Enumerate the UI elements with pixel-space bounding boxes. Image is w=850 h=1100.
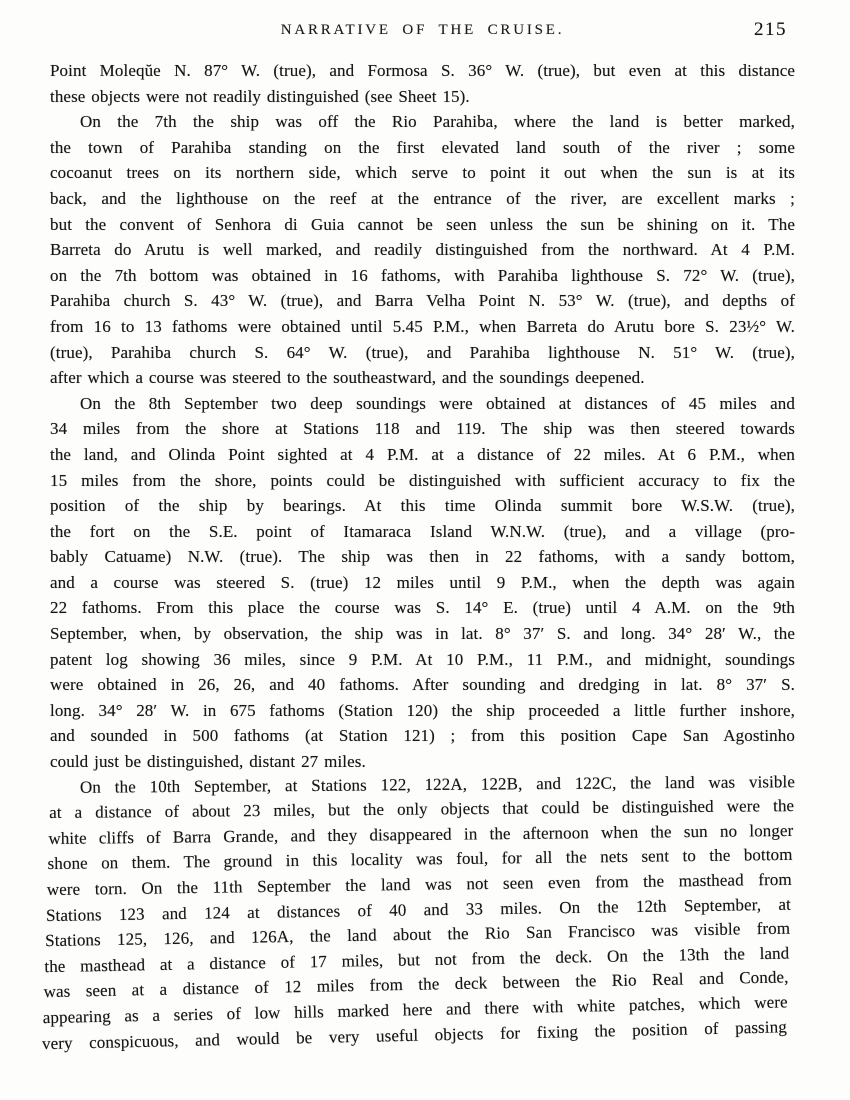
text-line: after which a course was steered to the … (50, 365, 795, 391)
paragraph: On the 10th September, at Stations 122, … (50, 775, 795, 1057)
text-line: cocoanut trees on its northern side, whi… (50, 160, 795, 186)
text-line: back, and the lighthouse on the reef at … (50, 186, 795, 212)
text-line: 22 fathoms. From this place the course w… (50, 595, 795, 621)
page-body: Point Moleqŭe N. 87° W. (true), and Form… (50, 58, 795, 1056)
page-title: NARRATIVE OF THE CRUISE. (50, 22, 795, 39)
text-line: Barreta do Arutu is well marked, and rea… (50, 237, 795, 263)
text-line: bably Catuame) N.W. (true). The ship was… (50, 544, 795, 570)
text-line: these objects were not readily distingui… (50, 84, 795, 110)
paragraph: On the 7th the ship was off the Rio Para… (50, 109, 795, 391)
text-line: but the convent of Senhora di Guia canno… (50, 212, 795, 238)
text-line: On the 7th the ship was off the Rio Para… (50, 109, 795, 135)
text-line: 15 miles from the shore, points could be… (50, 468, 795, 494)
text-line: from 16 to 13 fathoms were obtained unti… (50, 314, 795, 340)
text-line: were obtained in 26, 26, and 40 fathoms.… (50, 672, 795, 698)
text-line: the land, and Olinda Point sighted at 4 … (50, 442, 795, 468)
text-line: and sounded in 500 fathoms (at Station 1… (50, 723, 795, 749)
paragraph: On the 8th September two deep soundings … (50, 391, 795, 775)
text-line: Parahiba church S. 43° W. (true), and Ba… (50, 288, 795, 314)
text-line: position of the ship by bearings. At thi… (50, 493, 795, 519)
paragraph: Point Moleqŭe N. 87° W. (true), and Form… (50, 58, 795, 109)
text-line: long. 34° 28′ W. in 675 fathoms (Station… (50, 698, 795, 724)
text-line: the fort on the S.E. point of Itamaraca … (50, 519, 795, 545)
text-line: patent log showing 36 miles, since 9 P.M… (50, 647, 795, 673)
running-head: NARRATIVE OF THE CRUISE. 215 (50, 22, 795, 46)
text-line: September, when, by observation, the shi… (50, 621, 795, 647)
text-line: on the 7th bottom was obtained in 16 fat… (50, 263, 795, 289)
page-number: 215 (754, 19, 787, 41)
scanned-book-page: NARRATIVE OF THE CRUISE. 215 Point Moleq… (0, 0, 850, 1100)
text-line: (true), Parahiba church S. 64° W. (true)… (50, 340, 795, 366)
text-line: and a course was steered S. (true) 12 mi… (50, 570, 795, 596)
text-line: On the 8th September two deep soundings … (50, 391, 795, 417)
text-line: the town of Parahiba standing on the fir… (50, 135, 795, 161)
text-line: Point Moleqŭe N. 87° W. (true), and Form… (50, 58, 795, 84)
text-line: 34 miles from the shore at Stations 118 … (50, 416, 795, 442)
